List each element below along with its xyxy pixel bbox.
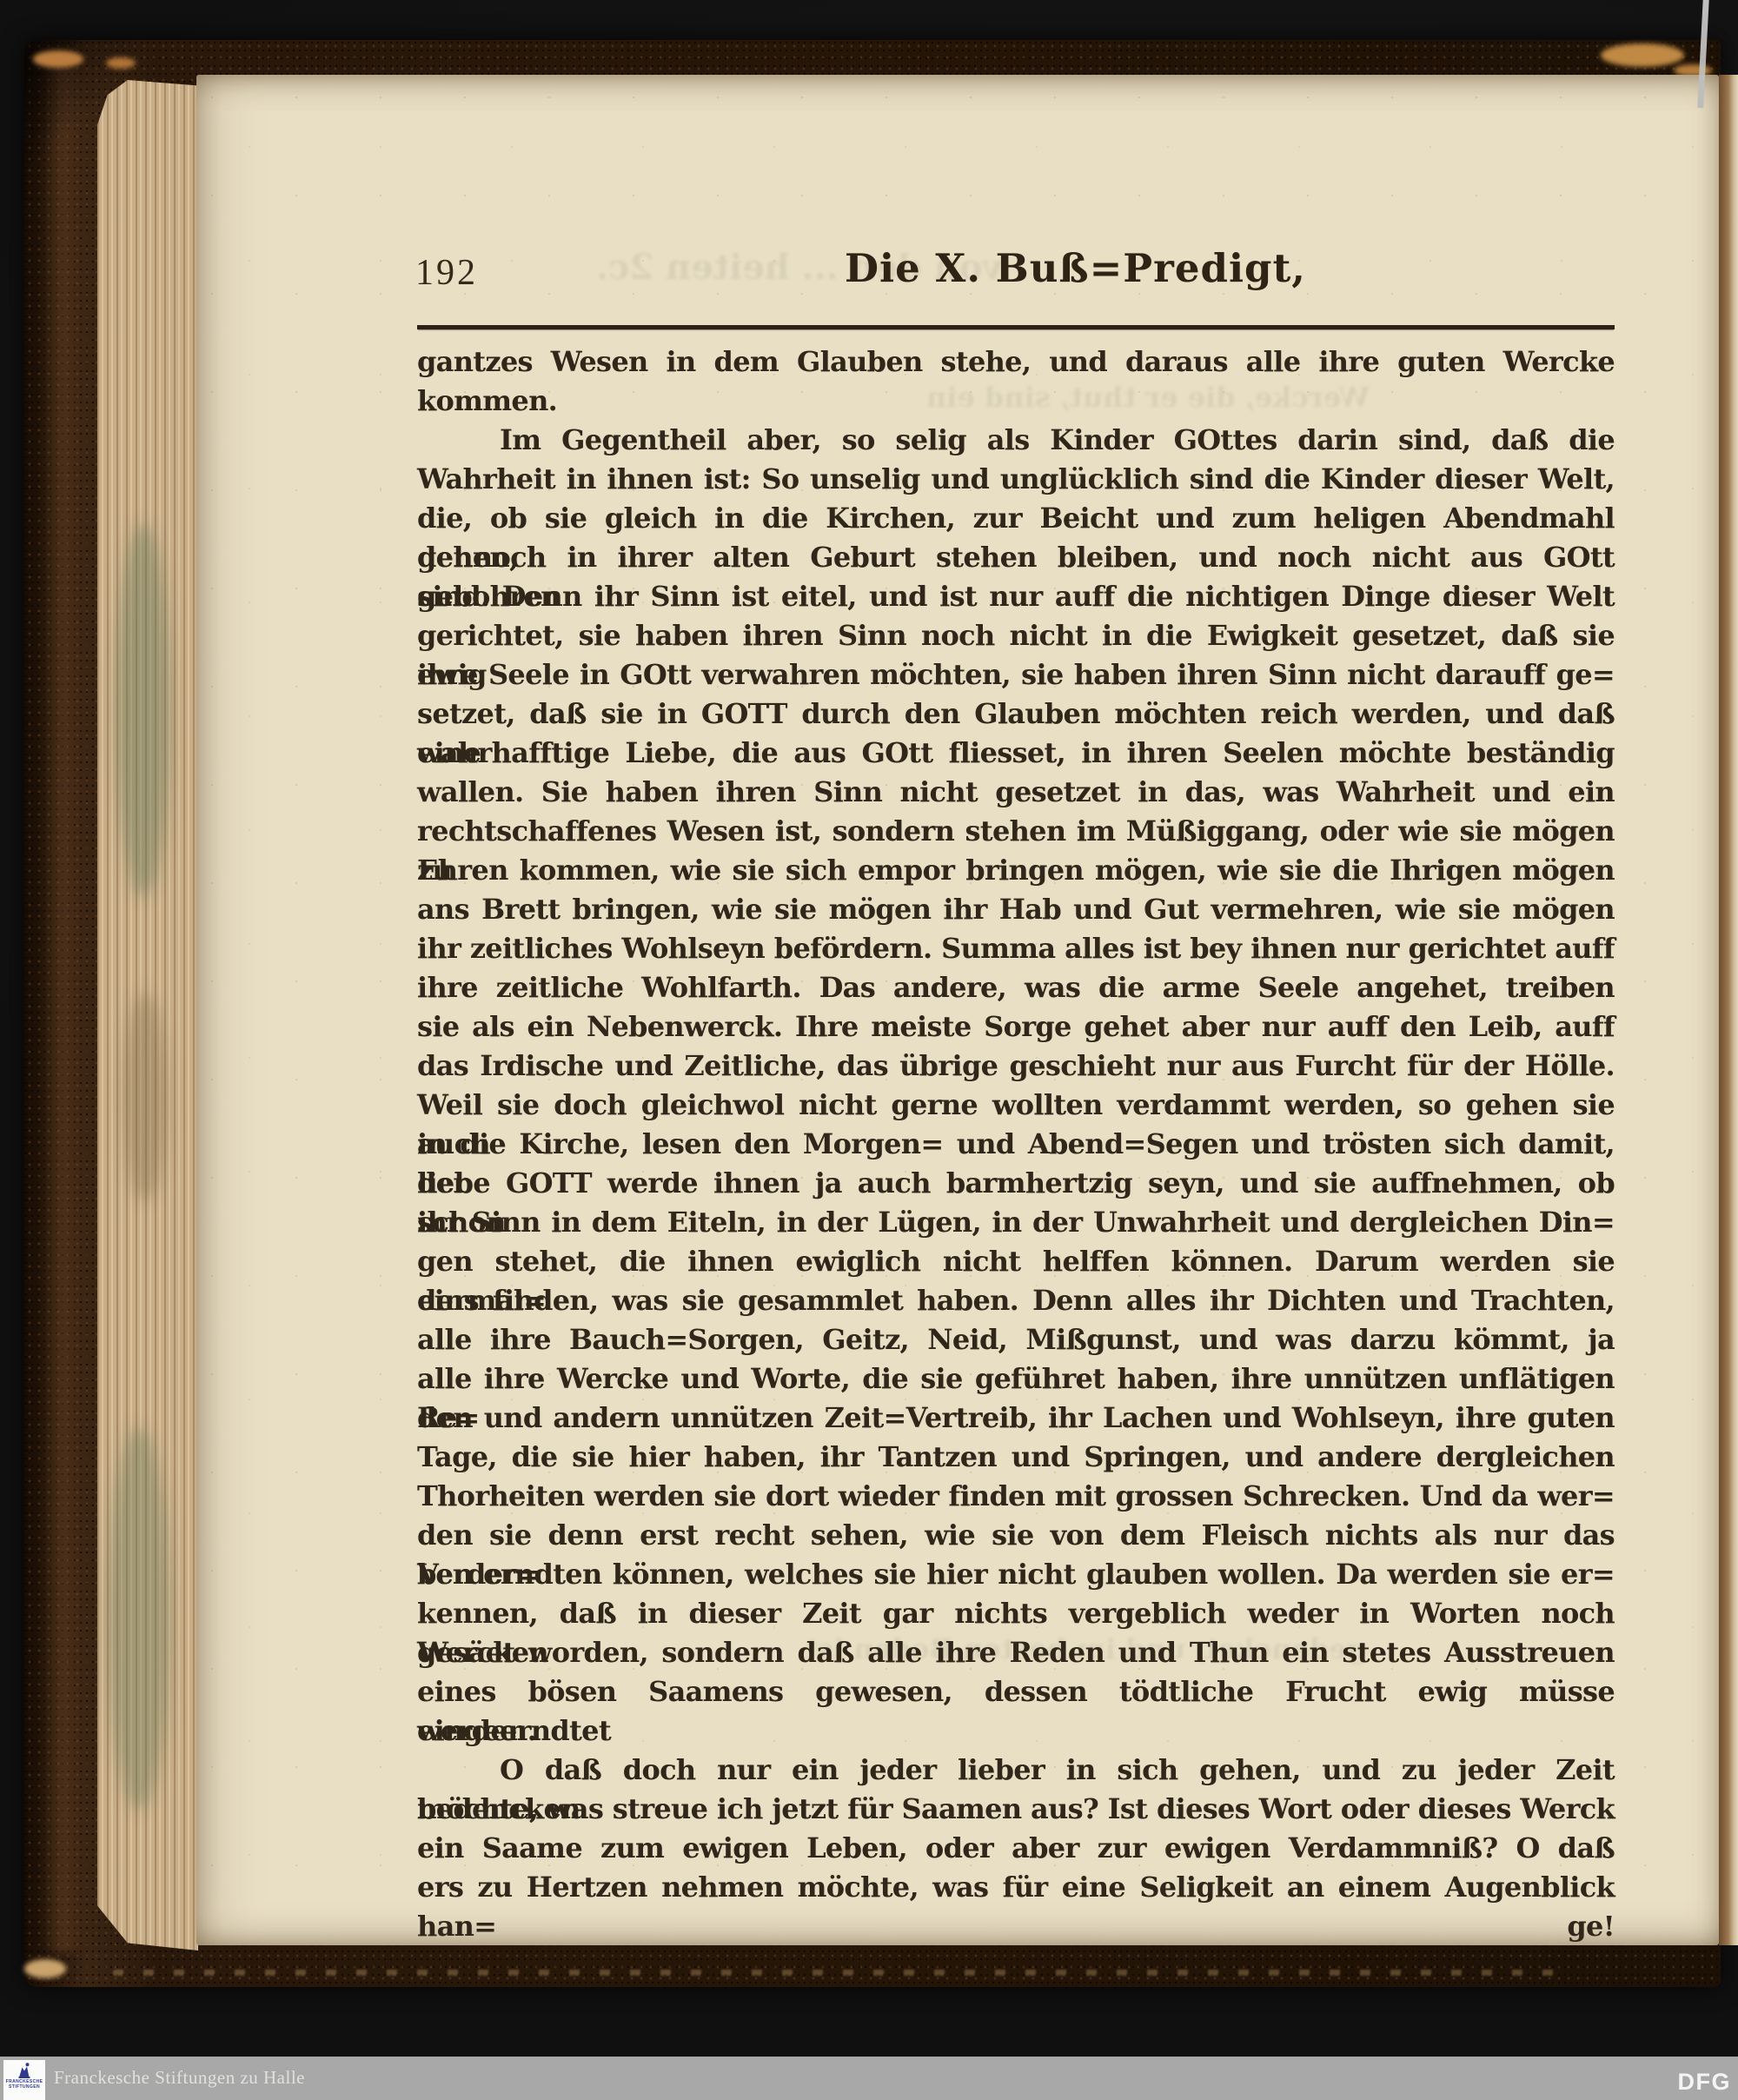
text-line: den und andern unnützen Zeit=Vertreib, i… [417,1399,1615,1438]
text-line: ers zu Hertzen nehmen möchte, was für ei… [417,1868,1615,1907]
logo-text-line: STIFTUNGEN [9,2084,40,2090]
marbling-smudge [123,993,167,1201]
text-line: eines bösen Saamens gewesen, dessen tödt… [417,1672,1615,1711]
text-line: sie als ein Nebenwerck. Ihre meiste Sorg… [417,1007,1615,1047]
text-line: wallen. Sie haben ihren Sinn nicht geset… [417,773,1615,812]
text-line: alle ihre Wercke und Worte, die sie gefü… [417,1359,1615,1399]
footer-bar: FRANCKESCHE STIFTUNGEN Franckesche Stift… [0,2057,1738,2100]
text-line: gen stehet, die ihnen ewiglich nicht hel… [417,1242,1615,1281]
text-line: den sie denn erst recht sehen, wie sie v… [417,1516,1615,1555]
text-line: ihre zeitliche Wohlfarth. Das andere, wa… [417,968,1615,1007]
text-line: gesäet worden, sondern daß alle ihre Red… [417,1633,1615,1672]
text-line: Thorheiten werden sie dort wieder finden… [417,1477,1615,1516]
text-line: ihr zeitliches Wohlseyn befördern. Summa… [417,929,1615,968]
page-gutter [1719,75,1738,1945]
scan-stage: von den ... heiten 2c. Wercke, die er th… [0,0,1738,2100]
leather-wear-patch [33,50,83,68]
text-line: ihre Seele in GOtt verwahren möchten, si… [417,655,1615,694]
text-line: Weil sie doch gleichwol nicht gerne woll… [417,1086,1615,1125]
leather-wear-patch [24,1959,66,1978]
text-line: dennoch in ihrer alten Geburt stehen ble… [417,538,1615,577]
book-page: von den ... heiten 2c. Wercke, die er th… [196,75,1719,1945]
leather-bottom-highlight [113,1970,1573,1976]
text-line: kommen. [417,382,1615,421]
text-line: gantzes Wesen in dem Glauben stehe, und … [417,342,1615,382]
page-number: 192 [415,252,478,294]
text-line: in die Kirche, lesen den Morgen= und Abe… [417,1125,1615,1164]
text-line: möchte, was streue ich jetzt für Saamen … [417,1790,1615,1829]
leather-wear-patch [106,57,136,69]
leather-wear-patch [1601,43,1684,67]
text-line: Im Gegentheil aber, so selig als Kinder … [417,421,1615,460]
text-line: Ehren kommen, wie sie sich empor bringen… [417,851,1615,890]
text-line: ans Brett bringen, wie sie mögen ihr Hab… [417,890,1615,929]
body-text: gantzes Wesen in dem Glauben stehe, und … [417,342,1615,1945]
text-line: O daß doch nur ein jeder lieber in sich … [417,1751,1615,1790]
text-line: wahrhafftige Liebe, die aus GOtt fliesse… [417,734,1615,773]
text-line: alle ihre Bauch=Sorgen, Geitz, Neid, Miß… [417,1320,1615,1359]
text-line: eins finden, was sie gesammlet haben. De… [417,1281,1615,1320]
text-line: rechtschaffenes Wesen ist, sondern stehe… [417,812,1615,851]
header-rule [417,325,1615,329]
running-title: Die X. Buß=Predigt, [845,245,1306,291]
page-edge-stack [97,80,198,1950]
text-line: ein Saame zum ewigen Leben, oder aber zu… [417,1829,1615,1868]
text-line: ben erndten können, welches sie hier nic… [417,1555,1615,1594]
text-line: ge! [417,1907,1615,1945]
text-line: kennen, daß in dieser Zeit gar nichts ve… [417,1594,1615,1633]
text-line: sind. Denn ihr Sinn ist eitel, und ist n… [417,577,1615,616]
text-line: Wahrheit in ihnen ist: So unselig und un… [417,460,1615,499]
text-line: das Irdische und Zeitliche, das übrige g… [417,1047,1615,1086]
text-line: ihr Sinn in dem Eiteln, in der Lügen, in… [417,1203,1615,1242]
francke-emblem-icon [17,2062,32,2079]
text-line: liebe GOTT werde ihnen ja auch barmhertz… [417,1164,1615,1203]
marbling-smudge [116,523,170,897]
text-line: Tage, die sie hier haben, ihr Tantzen un… [417,1438,1615,1477]
dfg-logo: DFG [1678,2069,1732,2096]
text-line: gerichtet, sie haben ihren Sinn noch nic… [417,616,1615,655]
franckesche-stiftungen-logo: FRANCKESCHE STIFTUNGEN [3,2060,45,2100]
marbling-smudge [108,1427,170,1810]
library-name: Franckesche Stiftungen zu Halle [54,2067,305,2089]
text-line: die, ob sie gleich in die Kirchen, zur B… [417,499,1615,538]
text-line: setzet, daß sie in GOTT durch den Glaube… [417,694,1615,734]
